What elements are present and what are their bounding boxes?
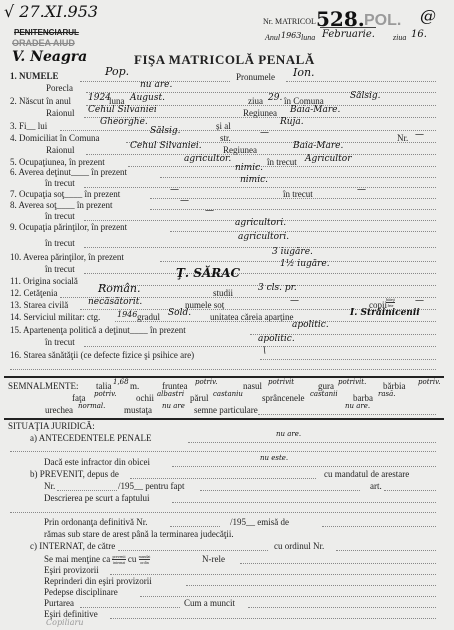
arrest-warrant-label: cu mandatul de arestare <box>324 469 409 479</box>
f1-label: 1. NUMELE <box>10 71 59 81</box>
f4-commune: Sălsig. <box>150 126 181 136</box>
f2-day: 29. <box>268 93 282 103</box>
temporary-exits-label: Eşiri provizorii <box>44 565 99 575</box>
f9-present: agricultori. <box>235 218 286 228</box>
forehead-value: potriv. <box>195 378 217 386</box>
f11-value: Ţ. SĂRAC <box>176 266 240 280</box>
year-label: Anul <box>265 33 280 42</box>
f1-alias-value: nu are. <box>140 80 172 90</box>
f10-label: 10. Averea părinţilor, în prezent <box>10 252 124 262</box>
criminal-record-label: a) ANTECEDENTELE PENALE <box>30 433 151 443</box>
legal-title: SITUAŢIA JURIDICĂ: <box>8 421 95 431</box>
detained-label: b) PREVENIT, depus de <box>30 469 119 479</box>
f1-first-value: Ion. <box>293 66 315 79</box>
maintain-label: Se mai menţine ca <box>44 554 110 564</box>
height-unit: m. <box>130 381 139 391</box>
f13-spouse: — <box>290 296 299 306</box>
mustache-value: nu are <box>162 402 185 410</box>
circle-mark: @ <box>420 6 436 25</box>
f9-past: agricultori. <box>238 232 289 242</box>
f4-district: Cehul Silvaniei. <box>130 141 202 151</box>
f7-past: — <box>357 185 366 195</box>
numbers-label: N-rele <box>202 554 225 564</box>
f16-value: \ <box>263 346 266 356</box>
nose-label: nasul <box>243 381 262 391</box>
beard-value: rasă. <box>378 390 396 398</box>
interned-label: c) INTERNAT, de către <box>30 541 115 551</box>
f2-district: Cehul Silvaniei <box>88 105 157 115</box>
f7-present: — <box>170 185 179 195</box>
f5-label: 5. Ocupaţiunea, în prezent <box>10 157 105 167</box>
f4-nr: — <box>415 130 424 140</box>
f16-label: 16. Starea sănătăţii (ce defecte fizice … <box>10 350 194 360</box>
warrant-nr-label: Nr. <box>44 481 55 491</box>
f14-label: 14. Serviciul militar: ctg. <box>10 312 100 322</box>
f8-present: — <box>180 196 189 206</box>
ordin-label: ordin <box>139 560 151 565</box>
ear-label: urechea <box>45 405 73 415</box>
f2-month: August. <box>130 93 165 103</box>
day-label: ziua <box>393 33 406 42</box>
with-label: cu <box>128 554 137 564</box>
chin-value: potriv. <box>418 378 440 386</box>
f7-label: 7. Ocupaţia soţ____ în prezent <box>10 189 120 199</box>
f15-present: apolitic. <box>292 320 329 330</box>
f3-label: 3. Fi__ lui <box>10 121 47 131</box>
f13-children: — <box>415 296 424 306</box>
f10-past: 1½ iugăre. <box>280 259 330 269</box>
day-value: 16. <box>411 29 427 40</box>
month-label: luna <box>301 33 315 42</box>
behavior-label: Purtarea <box>44 598 74 608</box>
remain-in-custody-label: rămas sub stare de arest până la termina… <box>44 529 234 539</box>
eyebrows-label: sprâncenele <box>262 393 304 403</box>
f4-street: — <box>260 128 269 138</box>
height-value: 1,68 <box>113 378 129 386</box>
form-title: FIŞA MATRICOLĂ PENALĂ <box>134 52 315 68</box>
f6-past-label: în trecut <box>45 178 75 188</box>
habitual-offender-value: nu este. <box>260 454 288 462</box>
work-label: Cum a muncit <box>184 598 235 608</box>
order-nr-label: cu ordinul Nr. <box>274 541 324 551</box>
habitual-offender-label: Dacă este infractor din obicei <box>44 457 150 467</box>
f3-father: Gheorghe. <box>100 117 148 127</box>
warrant-year-label: /195__ pentru fapt <box>118 481 185 491</box>
f2-year: 1924 <box>88 93 111 103</box>
mustache-label: mustaţa <box>124 405 152 415</box>
f14-rank: Sold. <box>168 308 191 318</box>
f14-unit: I. Străinicenii <box>350 308 420 318</box>
year-value: 1963 <box>281 31 301 40</box>
f10-present: 3 iugăre. <box>272 247 313 257</box>
prevenit-internat-fraction: prevenit internat <box>112 554 125 565</box>
f6-present: nimic. <box>235 163 263 173</box>
f15-label: 15. Apartenenţa politică a deţinut____ î… <box>10 325 186 335</box>
article-label: art. <box>370 481 382 491</box>
f12-studies: 3 cls. pr. <box>258 283 297 293</box>
f5-present: agricultor. <box>184 154 231 164</box>
recaptures-label: Reprinderi din eşiri provizorii <box>44 576 152 586</box>
nose-value: potrivit <box>268 378 294 386</box>
offense-description-label: Descrierea pe scurt a faptului <box>44 493 149 503</box>
f12-label: 12. Cetăţenia <box>10 288 57 298</box>
penal-record-form: √ 27.XI.953 PENITENCIARUL ORADEA AIUD V.… <box>0 0 454 630</box>
f13-label: 13. Starea civilă <box>10 300 68 310</box>
disciplinary-label: Pedepse disciplinare <box>44 587 118 597</box>
footer-note: Copiliaru <box>46 618 83 627</box>
f2-region: Baia-Mare. <box>290 105 340 115</box>
f11-label: 11. Origina socială <box>10 276 78 286</box>
eyes-value: albastri <box>157 390 184 398</box>
eyebrows-value: castanii <box>310 390 338 398</box>
f1-value: Pop. <box>105 65 129 78</box>
handwritten-reference: √ 27.XI.953 <box>4 2 98 21</box>
matricol-stamp: POL. <box>364 12 401 30</box>
marks-label: semne particulare <box>194 405 258 415</box>
f4-label: 4. Domiciliat în Comuna <box>10 133 100 143</box>
f4-region: Baia-Mare. <box>293 141 343 151</box>
f15-past-label: în trecut <box>45 337 75 347</box>
f2-commune: Sălsig. <box>350 91 381 101</box>
ordinance-label: Prin ordonanţa definitivă Nr. <box>44 517 147 527</box>
hair-label: părul <box>190 393 209 403</box>
ordinance-year-label: /195__ emisă de <box>230 517 289 527</box>
hair-value: castaniu <box>213 390 243 398</box>
institution-stamp: ORADEA AIUD <box>12 38 75 48</box>
internat-label: internat <box>112 560 125 565</box>
matricol-label: Nr. MATRICOL <box>263 17 316 26</box>
f6-past: nimic. <box>240 175 268 185</box>
f4-district-label: Raionul <box>46 145 75 155</box>
f13-value: necăsătorit. <box>88 297 142 307</box>
eyes-label: ochii <box>136 393 154 403</box>
f5-past: Agricultor <box>305 154 352 164</box>
institution-handwritten: V. Neagra <box>12 49 87 65</box>
maintain-row: Se mai menţine ca prevenit internat cu m… <box>44 554 150 565</box>
f10-past-label: în trecut <box>45 264 75 274</box>
matricol-value: 528. <box>316 7 365 31</box>
f13-children-fraction: băieţi fete <box>386 297 395 308</box>
f15-past: apolitic. <box>258 334 295 344</box>
mandat-ordin-fraction: mandat ordin <box>139 554 151 565</box>
marks-value: nu are. <box>345 402 370 410</box>
f8-past: — <box>205 206 214 216</box>
f1-alias-label: Porecla <box>46 83 73 93</box>
f9-label: 9. Ocupaţia părinţilor, în prezent <box>10 222 127 232</box>
institution-label: PENITENCIARUL <box>14 28 79 37</box>
criminal-record-value: nu are. <box>276 430 301 438</box>
f3-mother: Ruja. <box>280 117 304 127</box>
month-value: Februarie. <box>322 29 375 40</box>
f2-district-label: Raionul <box>46 108 75 118</box>
mouth-value: potrivit. <box>338 378 366 386</box>
signalment-label: SEMNALMENTE: <box>8 381 79 391</box>
f2-label: 2. Născut în anul <box>10 96 71 106</box>
f8-label: 8. Averea soţ____ în prezent <box>10 200 113 210</box>
f12-value: Român. <box>98 282 140 295</box>
f8-past-label: în trecut <box>45 211 75 221</box>
ear-value: normal. <box>78 402 105 410</box>
f9-past-label: în trecut <box>45 238 75 248</box>
face-value: potriv. <box>94 390 116 398</box>
f14-ctg: 1946 <box>117 310 137 319</box>
f6-label: 6. Averea deţinut____ în prezent <box>10 167 127 177</box>
f1-first-label: Pronumele <box>236 72 275 82</box>
